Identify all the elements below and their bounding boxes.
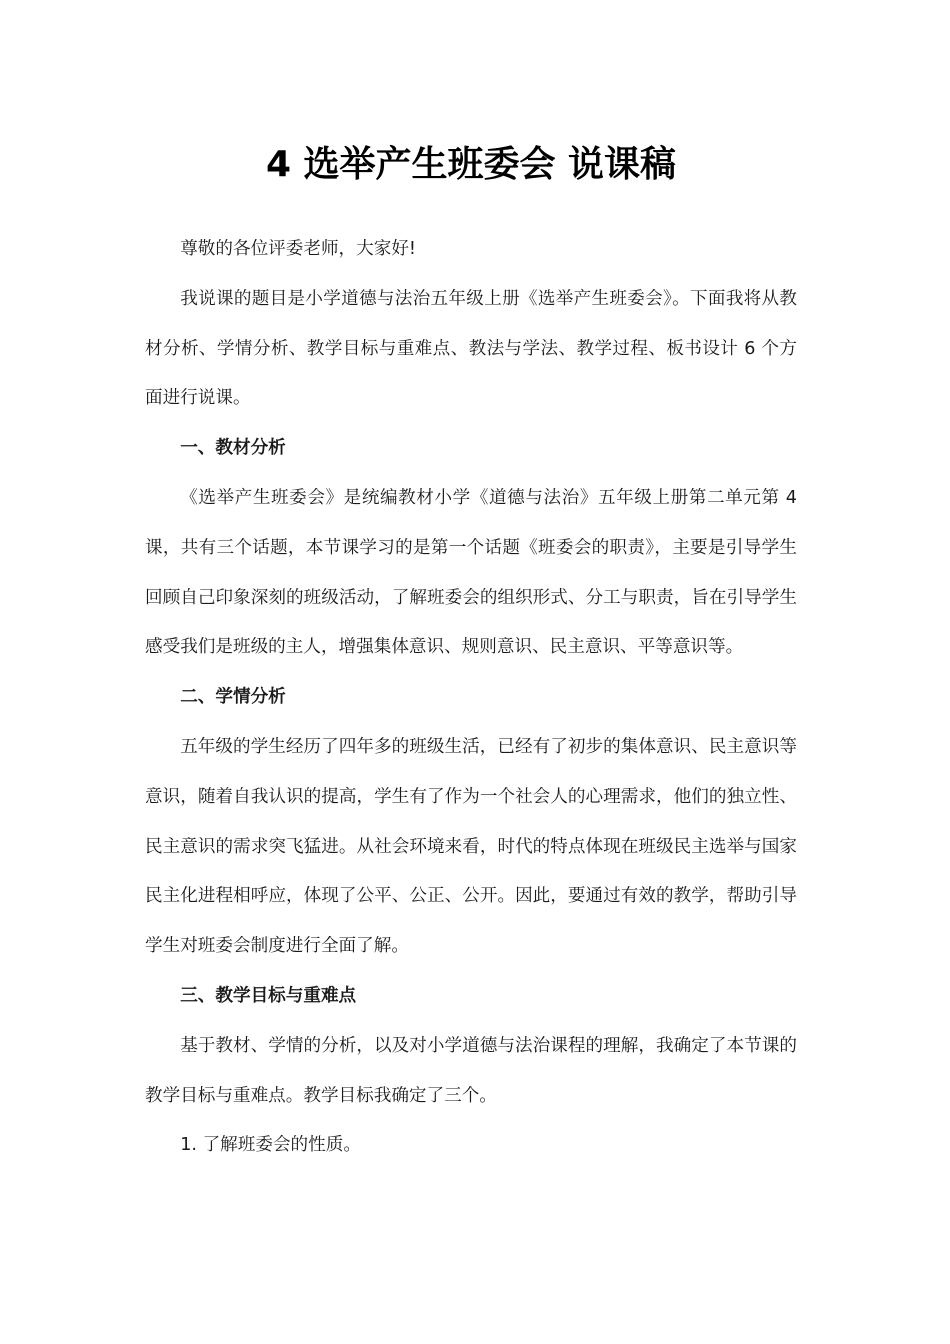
teaching-goals-paragraph: 基于教材、学情的分析，以及对小学道德与法治课程的理解，我确定了本节课的教学目标与…	[145, 1022, 797, 1122]
section-heading-teaching-goals: 三、教学目标与重难点	[145, 972, 797, 1022]
document-title: 4 选举产生班委会 说课稿	[145, 140, 797, 190]
student-analysis-paragraph: 五年级的学生经历了四年多的班级生活，已经有了初步的集体意识、民主意识等意识，随着…	[145, 723, 797, 972]
goal-list-item: 1. 了解班委会的性质。	[145, 1121, 797, 1171]
section-heading-student-analysis: 二、学情分析	[145, 673, 797, 723]
section-heading-textbook-analysis: 一、教材分析	[145, 424, 797, 474]
greeting-paragraph: 尊敬的各位评委老师，大家好!	[145, 225, 797, 275]
intro-paragraph: 我说课的题目是小学道德与法治五年级上册《选举产生班委会》。下面我将从教材分析、学…	[145, 275, 797, 424]
textbook-analysis-paragraph: 《选举产生班委会》是统编教材小学《道德与法治》五年级上册第二单元第 4 课，共有…	[145, 474, 797, 673]
document-body: 尊敬的各位评委老师，大家好! 我说课的题目是小学道德与法治五年级上册《选举产生班…	[145, 225, 797, 1171]
